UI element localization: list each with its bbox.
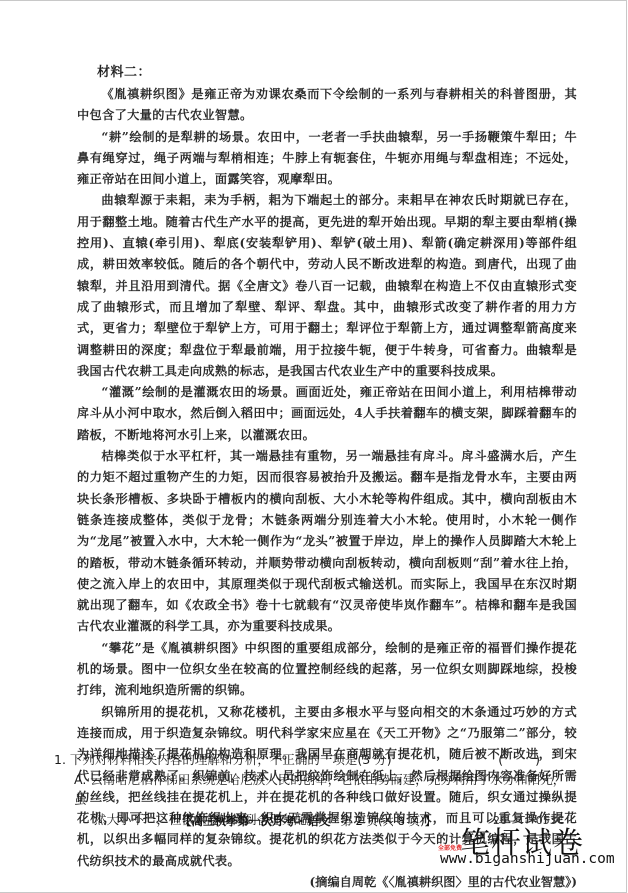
watermark-url: www.biganshijuan.com	[440, 851, 615, 867]
paragraph-weaving-scene: “攀花”是《胤禛耕织图》中织图的重要组成部分，绘制的是雍正帝的福晋们操作提花机的…	[77, 638, 577, 702]
paragraph-curved-plow: 曲辕犁源于耒耜，耒为手柄，耜为下端起土的部分。耒耜早在神农氏时期就已存在，用于翻…	[77, 190, 577, 382]
section-title: 材料二：	[97, 62, 577, 83]
source-citation: (摘编自周乾《〈胤禛耕织图〉里的古代农业智慧》)	[77, 872, 577, 893]
paragraph-plowing-scene: “耕”绘制的是犁耕的场景。农田中，一老者一手扶曲辕犁，另一手扬鞭策牛犁田；牛鼻有…	[77, 127, 577, 191]
paragraph-intro: 《胤禛耕织图》是雍正帝为劝课农桑而下令绘制的一系列与春耕相关的科普图册，其中包含…	[77, 84, 577, 127]
page-number: 第 2 页(共 8 页)】	[340, 814, 436, 828]
question-stem: 1. 下列对材料相关内容的理解和分析，不正确的一项是(3 分)	[54, 750, 392, 770]
option-a: A. 云南哈尼稻作梯田系统是哈尼族人民的创举，它依山势而建，充分利用了水分和阳光…	[54, 770, 574, 810]
question-stem-row: 1. 下列对材料相关内容的理解和分析，不正确的一项是(3 分) ( )	[54, 750, 574, 770]
page-footer: 【高三秋季第一次月考 · 语文第 2 页(共 8 页)】	[180, 813, 436, 829]
answer-bracket[interactable]: ( )	[498, 750, 574, 770]
paragraph-waterwheel: 桔槔类似于水平杠杆，其一端悬挂有重物，另一端悬挂有戽斗。戽斗盛满水后，产生的力矩…	[77, 446, 577, 638]
exam-title: 【高三秋季第一次月考 · 语文	[180, 814, 330, 828]
paragraph-irrigation-scene: “灌溉”绘制的是灌溉农田的场景。画面近处，雍正帝站在田间小道上，利用桔槔带动戽斗…	[77, 382, 577, 446]
